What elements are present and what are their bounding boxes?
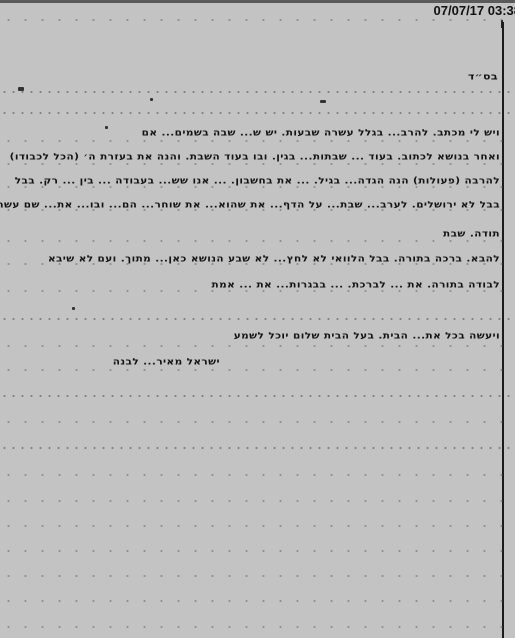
fax-timestamp: 07/07/17 03:38 — [434, 3, 515, 18]
scan-speck — [320, 100, 326, 103]
ruled-line — [0, 575, 515, 577]
letter-signature: ישראל מאיר... לבנה — [113, 357, 220, 367]
ruled-line — [0, 186, 515, 188]
letter-line-2: ואחר בנושא לכתוב. בעוד ... שבתות... בגין… — [10, 152, 500, 162]
ruled-line — [0, 626, 515, 628]
ruled-line — [0, 112, 515, 114]
letter-line-5: תודה. שבת — [443, 229, 500, 239]
ruled-line — [0, 91, 515, 93]
scan-speck — [150, 98, 153, 101]
scan-speck — [18, 87, 24, 91]
ruled-line — [0, 500, 515, 502]
scanned-document-page: 07/07/17 03:38 בס״ד ויש לי מכתב. להרב...… — [0, 0, 515, 638]
scan-speck — [105, 126, 108, 129]
ruled-line — [0, 525, 515, 527]
ruled-line — [0, 19, 515, 21]
ruled-line — [0, 395, 515, 397]
letter-line-7: לבודה בתורה. את ... לברכת. ... בבגרות...… — [212, 280, 500, 290]
ruled-line — [0, 600, 515, 602]
ruled-line — [0, 345, 515, 347]
right-margin-line — [502, 22, 504, 638]
ruled-line — [0, 163, 515, 165]
ruled-line — [0, 369, 515, 371]
letter-line-4: בבל לא ירושלים. לערב... שבת... על הדף...… — [0, 200, 500, 210]
scan-speck — [72, 307, 75, 310]
ruled-line — [0, 140, 515, 142]
ruled-line — [0, 240, 515, 242]
ruled-line — [0, 447, 515, 449]
letter-line-6: להבא. ברכה בתורה. בבל הלוואי לא לחץ... ל… — [48, 254, 500, 264]
letter-line-8: ויעשה בכל את... הבית. בעל הבית שלום יוכל… — [234, 331, 500, 341]
letter-line-1: ויש לי מכתב. להרב... בגלל עשרה שבעות. יש… — [142, 128, 500, 138]
letter-greeting: בס״ד — [468, 71, 498, 82]
ruled-line — [0, 290, 515, 292]
ruled-line — [0, 474, 515, 476]
ruled-line — [0, 550, 515, 552]
letter-line-3: להרבה (פעולות) הנה הגדה... בגיל. ... את … — [15, 176, 500, 186]
ruled-line — [0, 421, 515, 423]
ruled-line — [0, 318, 515, 320]
